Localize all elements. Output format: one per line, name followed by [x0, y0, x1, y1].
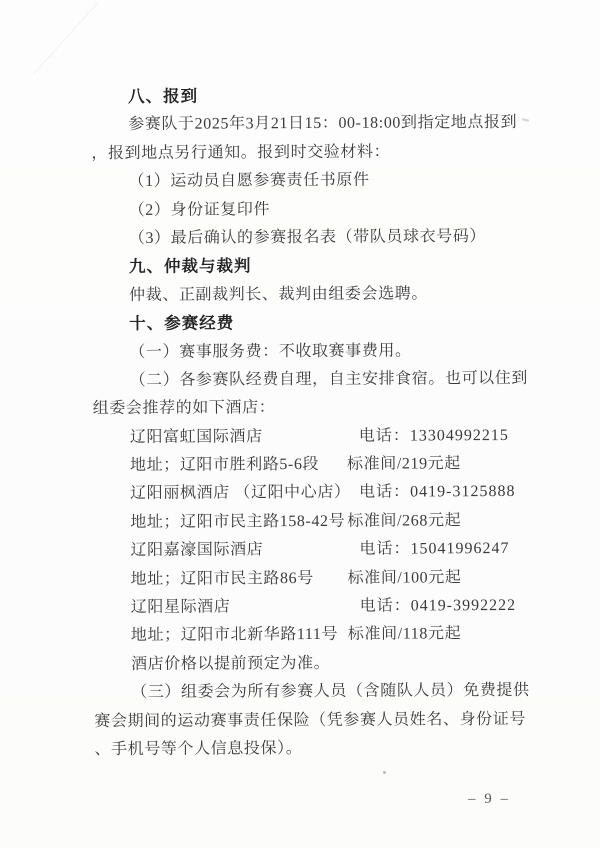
hotel-phone: 电话：0419-3125888	[359, 478, 515, 507]
hotel-name: 辽阳丽枫酒店 （辽阳中心店）	[130, 484, 350, 502]
section-10-heading: 十、参赛经费	[92, 308, 532, 339]
document-body: 八、报到 参赛队于2025年3月21日15：00-18:00到指定地点报到 ，报…	[91, 81, 535, 765]
hotel-price: 标准间/100元起	[348, 564, 462, 593]
section-8-paragraph-line-1: 参赛队于2025年3月21日15：00-18:00到指定地点报到	[91, 109, 531, 140]
section-9-heading: 九、仲裁与裁判	[92, 251, 532, 282]
hotel-row-address: 地址；辽阳市民主路86号 标准间/100元起	[94, 563, 534, 594]
hotel-address: 地址；辽阳市民主路158-42号	[130, 513, 345, 531]
section-10-item-3-line-1: （三）组委会为所有参赛人员（含随队人员）免费提供	[94, 677, 534, 708]
hotel-row-address: 地址；辽阳市民主路158-42号 标准间/268元起	[93, 507, 533, 538]
section-10-item-2-line-1: （二）各参赛队经费自理，自主安排食宿。也可以住到	[92, 365, 532, 396]
scanned-document-page: 八、报到 参赛队于2025年3月21日15：00-18:00到指定地点报到 ，报…	[0, 0, 600, 848]
section-9-body: 仲裁、正副裁判长、裁判由组委会选聘。	[92, 280, 532, 311]
hotel-note: 酒店价格以提前预定为准。	[94, 649, 534, 680]
hotel-row-name: 辽阳星际酒店 电话：0419-3992222	[94, 592, 534, 623]
hotel-address: 地址；辽阳市北新华路111号	[131, 626, 338, 644]
hotel-row-name: 辽阳嘉濠国际酒店 电话：15041996247	[93, 535, 533, 566]
hotel-phone: 电话：13304992215	[359, 422, 509, 451]
page-number: – 9 –	[468, 791, 511, 808]
hotel-row-name: 辽阳富虹国际酒店 电话：13304992215	[93, 422, 533, 453]
scan-artifact-dot	[383, 771, 386, 774]
section-10-item-3-line-2: 赛会期间的运动赛事责任保险（凭参赛人员姓名、身份证号	[94, 705, 534, 736]
hotel-phone: 电话：15041996247	[359, 535, 509, 564]
section-8-item-2: （2）身份证复印件	[92, 194, 532, 225]
section-10-item-2-line-2: 组委会推荐的如下酒店：	[93, 393, 533, 424]
hotel-name: 辽阳富虹国际酒店	[130, 428, 263, 446]
hotel-address: 地址；辽阳市民主路86号	[131, 570, 314, 588]
section-8-item-3: （3）最后确认的参赛报名表（带队员球衣号码）	[92, 223, 532, 254]
hotel-phone: 电话：0419-3992222	[360, 592, 516, 621]
section-8-item-1: （1）运动员自愿参赛责任书原件	[91, 166, 531, 197]
section-8-paragraph-line-2: ，报到地点另行通知。报到时交验材料：	[91, 138, 531, 169]
section-8-heading: 八、报到	[91, 81, 531, 112]
hotel-price: 标准间/219元起	[347, 450, 461, 479]
scan-fold-mark	[33, 3, 97, 74]
hotel-price: 标准间/268元起	[347, 507, 461, 536]
hotel-name: 辽阳嘉濠国际酒店	[130, 542, 263, 560]
section-10-item-3-line-3: 、手机号等个人信息投保）。	[94, 734, 534, 765]
hotel-price: 标准间/118元起	[348, 621, 461, 650]
hotel-row-address: 地址；辽阳市胜利路5-6段 标准间/219元起	[93, 450, 533, 481]
hotel-name: 辽阳星际酒店	[131, 598, 231, 616]
hotel-row-address: 地址；辽阳市北新华路111号 标准间/118元起	[94, 620, 534, 651]
section-10-item-1: （一）赛事服务费：不收取赛事费用。	[92, 336, 532, 367]
hotel-address: 地址；辽阳市胜利路5-6段	[130, 456, 319, 474]
hotel-row-name: 辽阳丽枫酒店 （辽阳中心店） 电话：0419-3125888	[93, 478, 533, 509]
